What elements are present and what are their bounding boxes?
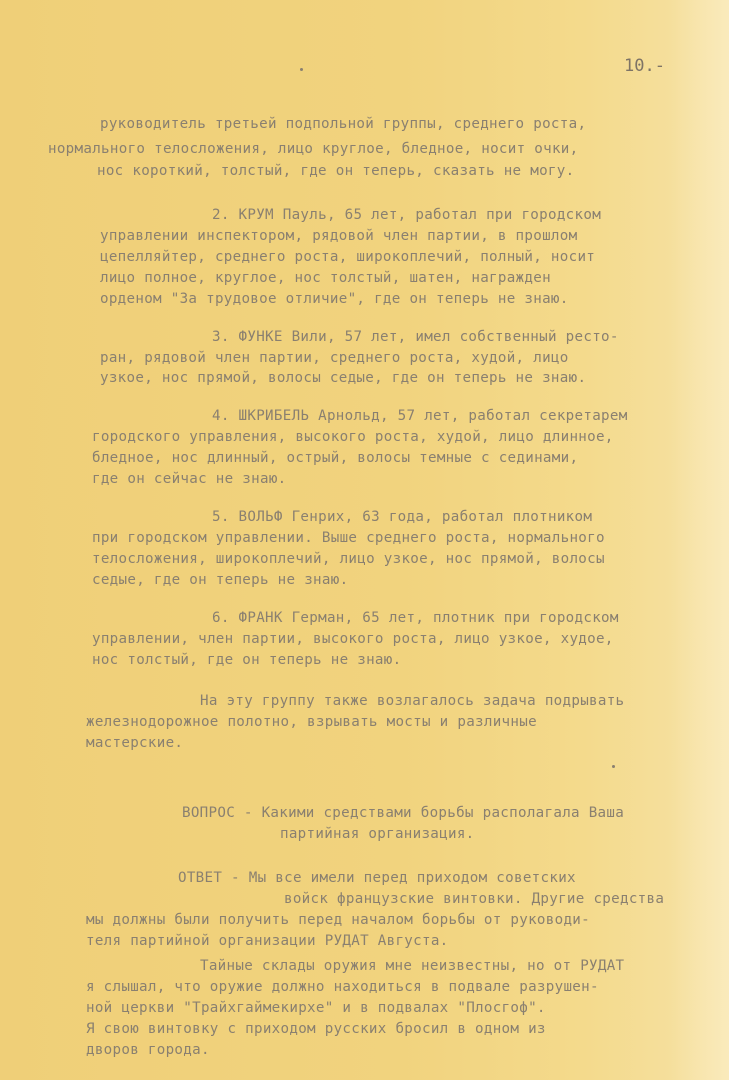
text-line: мастерские. [86, 735, 183, 751]
typewritten-document-page: 10.- руководитель третьей подпольной гру… [0, 0, 729, 1080]
text-line: ной церкви "Трайхгаймекирхе" и в подвала… [86, 1000, 546, 1016]
text-line: я слышал, что оружие должно находиться в… [86, 979, 599, 995]
text-line: нормального телосложения, лицо круглое, … [48, 141, 579, 157]
text-line: войск французские винтовки. Другие средс… [284, 891, 664, 907]
ink-speck [300, 68, 303, 71]
text-line: узкое, нос прямой, волосы седые, где он … [100, 370, 586, 386]
text-line: управлении, член партии, высокого роста,… [92, 631, 614, 647]
text-line: где он сейчас не знаю. [92, 471, 287, 487]
text-line: теля партийной организации РУДАТ Августа… [86, 933, 449, 949]
text-line: руководитель третьей подпольной группы, … [100, 116, 586, 132]
text-line: ран, рядовой член партии, среднего роста… [100, 350, 569, 366]
text-line: бледное, нос длинный, острый, волосы тем… [92, 450, 578, 466]
text-line: орденом "За трудовое отличие", где он те… [100, 291, 569, 307]
text-line: нос толстый, где он теперь не знаю. [92, 652, 401, 668]
text-line: На эту группу также возлагалось задача п… [200, 693, 624, 709]
text-line: 3. ФУНКЕ Вили, 57 лет, имел собственный … [212, 329, 619, 345]
page-number: 10.- [624, 56, 665, 76]
text-line: ВОПРОС - Какими средствами борьбы распол… [182, 805, 624, 821]
text-line: лицо полное, круглое, нос толстый, шатен… [100, 270, 551, 286]
text-line: городского управления, высокого роста, х… [92, 429, 614, 445]
text-line: железнодорожное полотно, взрывать мосты … [86, 714, 537, 730]
text-line: управлении инспектором, рядовой член пар… [100, 228, 577, 244]
text-line: Тайные склады оружия мне неизвестны, но … [200, 958, 624, 974]
text-line: ОТВЕТ - Мы все имели перед приходом сове… [178, 870, 576, 886]
text-line: телосложения, широкоплечий, лицо узкое, … [92, 551, 605, 567]
text-line: седые, где он теперь не знаю. [92, 572, 348, 588]
text-line: нос короткий, толстый, где он теперь, ск… [97, 163, 574, 179]
text-line: 5. ВОЛЬФ Генрих, 63 года, работал плотни… [212, 509, 592, 525]
text-line: мы должны были получить перед началом бо… [86, 912, 590, 928]
text-line: 2. КРУМ Пауль, 65 лет, работал при город… [212, 207, 601, 223]
text-line: при городском управлении. Выше среднего … [92, 530, 605, 546]
text-line: 4. ШКРИБЕЛЬ Арнольд, 57 лет, работал сек… [212, 408, 628, 424]
ink-speck [612, 765, 615, 768]
text-line: дворов города. [86, 1042, 210, 1058]
text-line: цепелляйтер, среднего роста, широкоплечи… [100, 249, 595, 265]
text-line: 6. ФРАНК Герман, 65 лет, плотник при гор… [212, 610, 619, 626]
text-line: Я свою винтовку с приходом русских броси… [86, 1021, 546, 1037]
page-edge-highlight [669, 0, 729, 1080]
text-line: партийная организация. [280, 826, 475, 842]
